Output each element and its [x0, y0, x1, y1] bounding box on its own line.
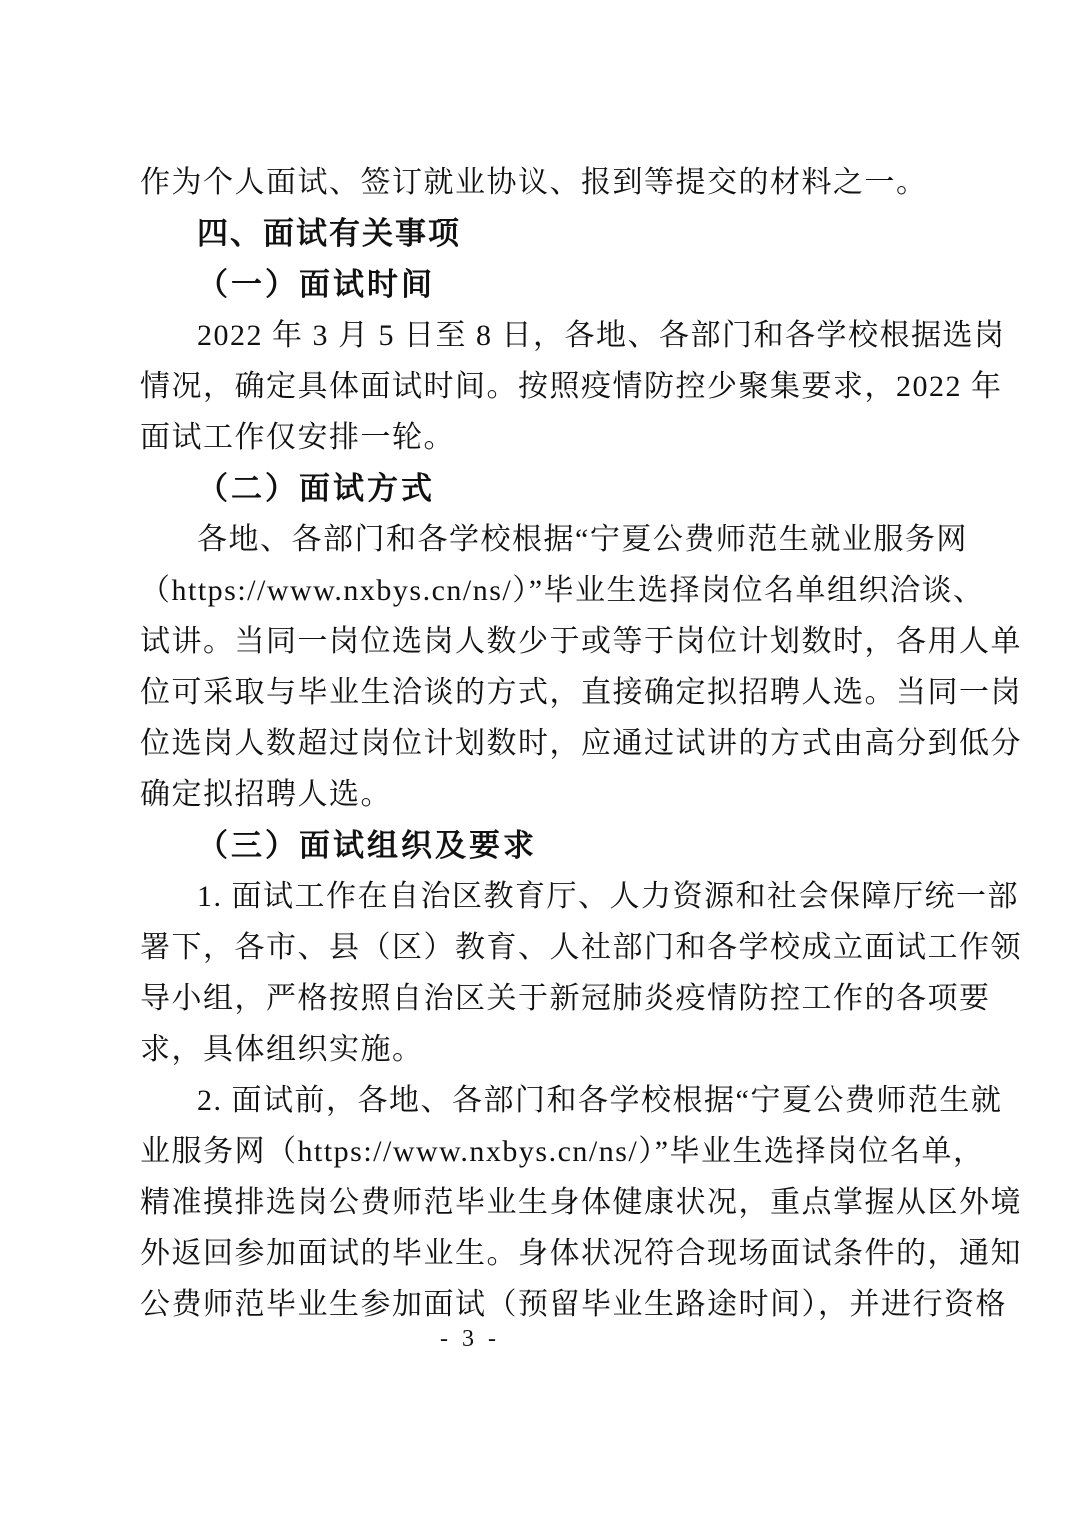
- paragraph-line: 2022 年 3 月 5 日至 8 日，各地、各部门和各学校根据选岗: [140, 310, 946, 361]
- paragraph-line: 署下，各市、县（区）教育、人社部门和各学校成立面试工作领: [140, 922, 946, 973]
- paragraph-line: 位选岗人数超过岗位计划数时，应通过试讲的方式由高分到低分: [140, 718, 946, 769]
- paragraph-line: 情况，确定具体面试时间。按照疫情防控少聚集要求，2022 年: [140, 361, 946, 412]
- paragraph-line: 1. 面试工作在自治区教育厅、人力资源和社会保障厅统一部: [140, 871, 946, 922]
- page-number: - 3 -: [0, 1326, 940, 1353]
- paragraph-line: 确定拟招聘人选。: [140, 769, 946, 820]
- paragraph-line: 各地、各部门和各学校根据“宁夏公费师范生就业服务网: [140, 514, 946, 565]
- paragraph-line: 2. 面试前，各地、各部门和各学校根据“宁夏公费师范生就: [140, 1075, 946, 1126]
- paragraph-line: （https://www.nxbys.cn/ns/）”毕业生选择岗位名单组织洽谈…: [140, 565, 946, 616]
- paragraph-line: 导小组，严格按照自治区关于新冠肺炎疫情防控工作的各项要: [140, 973, 946, 1024]
- paragraph-line: 外返回参加面试的毕业生。身体状况符合现场面试条件的，通知: [140, 1228, 946, 1279]
- document-page: 作为个人面试、签订就业协议、报到等提交的材料之一。 四、面试有关事项 （一）面试…: [0, 0, 1074, 1520]
- paragraph-line: 求，具体组织实施。: [140, 1024, 946, 1075]
- subsection-heading: （一）面试时间: [140, 259, 946, 310]
- subsection-heading: （三）面试组织及要求: [140, 820, 946, 871]
- paragraph-line: 业服务网（https://www.nxbys.cn/ns/）”毕业生选择岗位名单…: [140, 1126, 946, 1177]
- document-body: 作为个人面试、签订就业协议、报到等提交的材料之一。 四、面试有关事项 （一）面试…: [140, 157, 946, 1330]
- paragraph-line: 公费师范毕业生参加面试（预留毕业生路途时间），并进行资格: [140, 1279, 946, 1330]
- paragraph-line: 试讲。当同一岗位选岗人数少于或等于岗位计划数时，各用人单: [140, 616, 946, 667]
- section-heading: 四、面试有关事项: [140, 208, 946, 259]
- paragraph-line: 面试工作仅安排一轮。: [140, 412, 946, 463]
- paragraph-line: 作为个人面试、签订就业协议、报到等提交的材料之一。: [140, 157, 946, 208]
- paragraph-line: 精准摸排选岗公费师范毕业生身体健康状况，重点掌握从区外境: [140, 1177, 946, 1228]
- paragraph-line: 位可采取与毕业生洽谈的方式，直接确定拟招聘人选。当同一岗: [140, 667, 946, 718]
- subsection-heading: （二）面试方式: [140, 463, 946, 514]
